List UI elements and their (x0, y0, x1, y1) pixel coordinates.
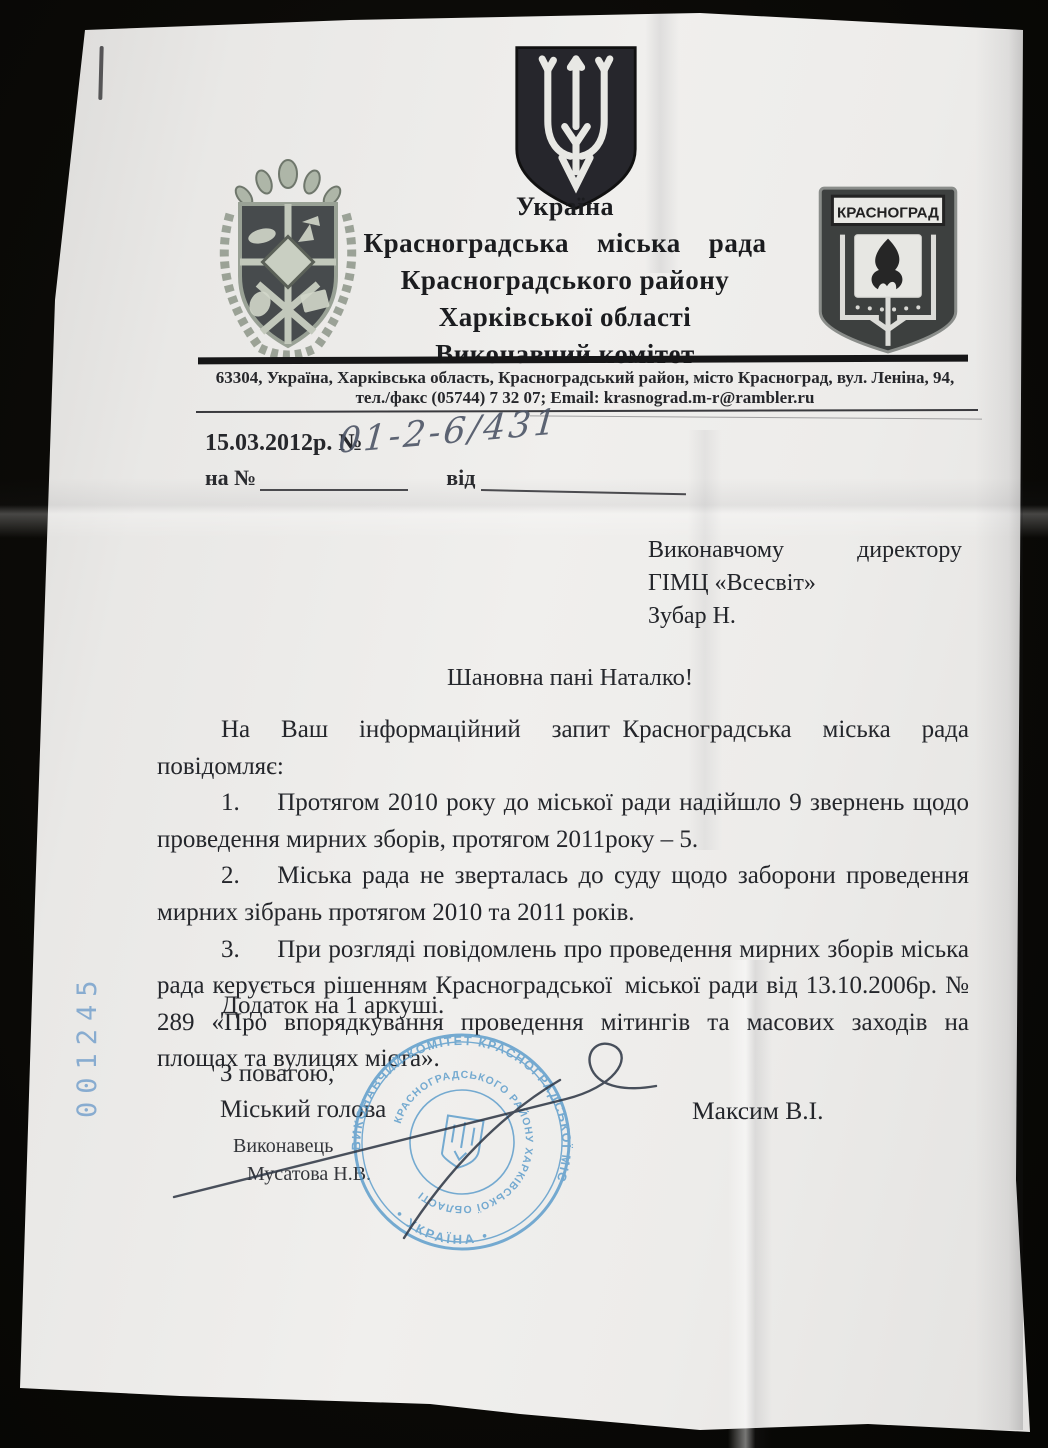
letterhead-org-line3: Харківської області (300, 299, 830, 336)
recipient-title-word2: директору (857, 534, 962, 567)
krasnohrad-emblem: КРАСНОГРАД (812, 178, 964, 360)
signer-name: Максим В.І. (692, 1096, 823, 1126)
body-item-2: 2. Міська рада не зверталась до суду щод… (157, 858, 969, 931)
letterhead-org-line1: Красноградська міська рада (300, 225, 830, 262)
letterhead-address-block: 63304, Україна, Харківська область, Крас… (190, 368, 980, 408)
letterhead-country: Україна (300, 188, 830, 225)
photo-of-letter: КРАСНОГРАД Україна Красноградська міська… (0, 0, 1048, 1448)
body-item-1: 1. Протягом 2010 року до міської ради на… (157, 785, 969, 858)
recipient-block: Виконавчому директору ГІМЦ «Всесвіт» Зуб… (648, 534, 962, 633)
executor-label: Виконавець (233, 1135, 333, 1158)
body-intro: На Ваш інформаційний запит Красноградськ… (157, 712, 969, 785)
na-number-blank (260, 469, 408, 491)
emblem-city-name: КРАСНОГРАД (837, 204, 939, 221)
stamp-trident-icon (440, 1115, 483, 1170)
na-number-label: на № (205, 465, 256, 490)
incoming-reference-line: на №від (205, 465, 686, 491)
recipient-title-word1: Виконавчому (648, 534, 784, 567)
recipient-organization: ГІМЦ «Всесвіт» (648, 567, 962, 600)
address-line1: 63304, Україна, Харківська область, Крас… (190, 368, 980, 388)
official-round-stamp: ВИКОНАВЧИЙ КОМІТЕТ КРАСНОГРАДСЬКОЇ МІСЬК… (318, 998, 606, 1286)
serial-number-stamp: 001245 (72, 972, 103, 1118)
letterhead-org-line2: Красноградського району (300, 262, 830, 299)
vid-label: від (446, 465, 475, 490)
salutation: Шановна пані Наталко! (330, 664, 810, 692)
address-line2: тел./факс (05744) 7 32 07; Email: krasno… (190, 388, 980, 408)
letterhead-title-block: Україна Красноградська міська рада Красн… (300, 188, 830, 373)
vid-date-blank (481, 469, 686, 495)
letter-body: На Ваш інформаційний запит Красноградськ… (157, 712, 969, 1078)
recipient-person: Зубар Н. (648, 600, 962, 633)
